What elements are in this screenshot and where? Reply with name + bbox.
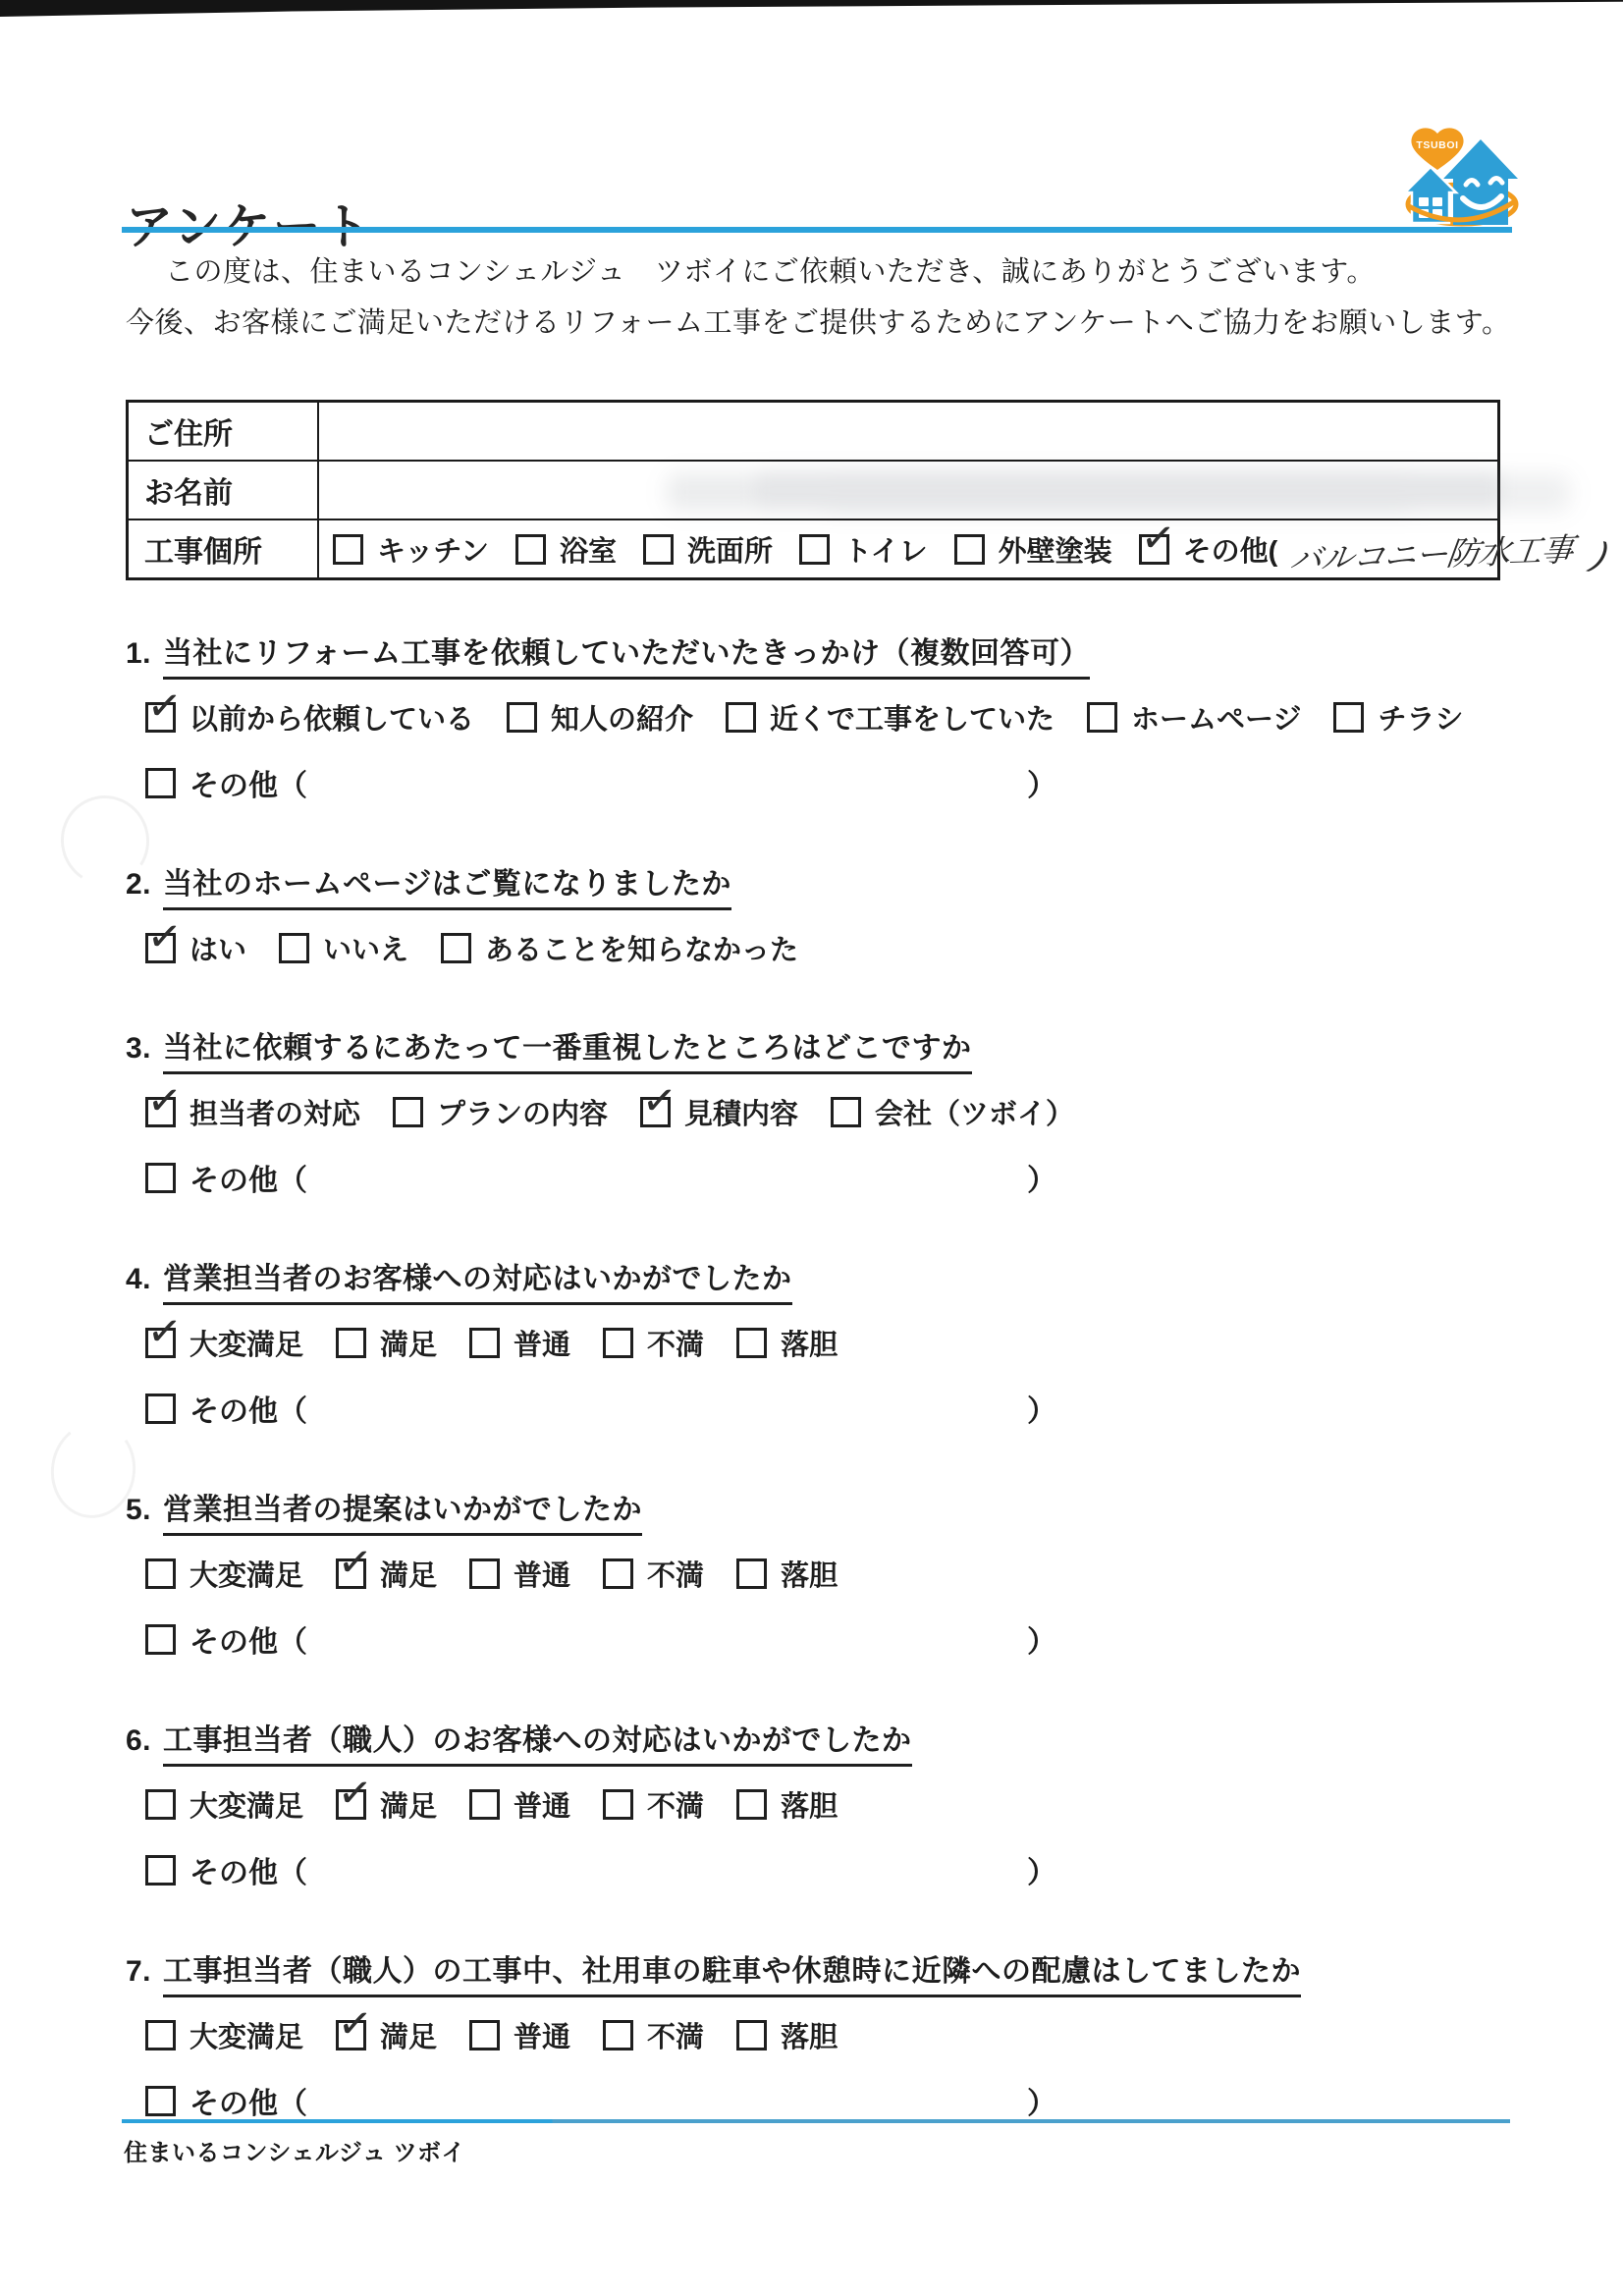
checkbox-checked-icon: ✓ xyxy=(145,933,176,963)
checkbox-option[interactable]: 会社（ツボイ） xyxy=(831,1092,1074,1132)
checkbox-option[interactable]: ✓はい xyxy=(145,928,246,968)
checkbox-option[interactable]: トイレ xyxy=(799,529,928,570)
checkbox-option[interactable]: 普通 xyxy=(469,2015,570,2055)
question-number: 1. xyxy=(126,637,151,670)
checkbox-icon xyxy=(643,534,674,565)
other-close-paren: ） xyxy=(1027,1156,1056,1199)
option-label: 担当者の対応 xyxy=(189,1092,360,1132)
option-label: 落胆 xyxy=(781,1323,838,1363)
checkbox-icon xyxy=(145,1558,176,1589)
option-label: 見積内容 xyxy=(684,1092,798,1132)
question-options: ✓担当者の対応プランの内容✓見積内容会社（ツボイ） xyxy=(126,1092,1530,1132)
question-options: 大変満足✓満足普通不満落胆 xyxy=(126,2015,1530,2055)
checkbox-icon[interactable] xyxy=(145,2086,176,2116)
checkbox-option[interactable]: チラシ xyxy=(1333,697,1463,738)
checkbox-option[interactable]: 不満 xyxy=(603,2015,704,2055)
checkbox-icon xyxy=(1333,702,1364,733)
other-close-paren: ） xyxy=(1027,761,1056,804)
checkbox-checked-icon: ✓ xyxy=(145,1097,176,1127)
checkbox-option[interactable]: 普通 xyxy=(469,1784,570,1825)
checkbox-option[interactable]: いいえ xyxy=(279,928,408,968)
checkbox-option[interactable]: ✓見積内容 xyxy=(640,1092,798,1132)
checkmark-icon: ✓ xyxy=(1138,516,1176,560)
option-label: 知人の紹介 xyxy=(551,697,693,738)
option-label: 外壁塗装 xyxy=(999,529,1112,570)
option-label: 不満 xyxy=(647,2015,704,2055)
question-1: 1.当社にリフォーム工事を依頼していただいたきっかけ（複数回答可） ✓以前から依… xyxy=(126,629,1530,804)
checkbox-icon xyxy=(515,534,546,565)
checkmark-icon: ✓ xyxy=(336,1540,374,1584)
checkmark-icon: ✓ xyxy=(145,683,184,728)
checkbox-option[interactable]: 不満 xyxy=(603,1554,704,1594)
table-row-name: お名前 xyxy=(128,461,1499,519)
question-other-row: その他（ ） xyxy=(126,1387,1530,1430)
question-options: ✓以前から依頼している知人の紹介近くで工事をしていたホームページチラシ xyxy=(126,697,1530,738)
checkbox-icon[interactable] xyxy=(145,768,176,798)
page-title: アンケート xyxy=(126,188,373,258)
question-text: 当社のホームページはご覧になりましたか xyxy=(163,868,731,910)
checkbox-icon[interactable] xyxy=(145,1855,176,1886)
checkbox-option[interactable]: あることを知らなかった xyxy=(441,928,798,968)
other-option-label: その他（ xyxy=(189,761,307,804)
checkbox-icon xyxy=(954,534,985,565)
checkbox-option[interactable]: ✓大変満足 xyxy=(145,1323,303,1363)
question-number: 5. xyxy=(126,1494,151,1526)
checkbox-option[interactable]: 大変満足 xyxy=(145,2015,303,2055)
checkbox-option[interactable]: ✓満足 xyxy=(336,1554,437,1594)
option-label: 大変満足 xyxy=(189,1554,303,1594)
checkbox-option[interactable]: ✓以前から依頼している xyxy=(145,697,474,738)
other-option-label: その他（ xyxy=(189,1848,307,1891)
checkbox-icon xyxy=(279,933,309,963)
checkmark-icon: ✓ xyxy=(145,914,184,958)
checkbox-icon[interactable] xyxy=(145,1163,176,1193)
option-label: 近くで工事をしていた xyxy=(770,697,1055,738)
other-option-label: その他（ xyxy=(189,1617,307,1661)
option-label: 満足 xyxy=(380,1784,437,1825)
checkbox-option[interactable]: ✓その他( xyxy=(1139,529,1278,570)
checkbox-icon xyxy=(799,534,830,565)
question-text: 営業担当者のお客様への対応はいかがでしたか xyxy=(163,1263,792,1305)
logo-text: TSUBOI xyxy=(1416,139,1458,151)
address-label: ご住所 xyxy=(128,402,319,462)
option-label: あることを知らなかった xyxy=(485,928,798,968)
footer-rule xyxy=(122,2119,1510,2123)
checkbox-option[interactable]: 落胆 xyxy=(736,2015,838,2055)
other-option-label: その他（ xyxy=(189,2079,307,2122)
checkbox-icon xyxy=(831,1097,861,1127)
other-close-paren: ） xyxy=(1027,1387,1056,1430)
checkbox-icon xyxy=(736,1789,767,1820)
checkbox-icon[interactable] xyxy=(145,1624,176,1655)
option-label: 大変満足 xyxy=(189,1784,303,1825)
question-5: 5.営業担当者の提案はいかがでしたか 大変満足✓満足普通不満落胆 その他（ ） xyxy=(126,1485,1530,1661)
option-label: その他( xyxy=(1183,529,1278,570)
other-close-paren: ） xyxy=(1027,1617,1056,1661)
option-label: 不満 xyxy=(647,1323,704,1363)
checkbox-option[interactable]: 不満 xyxy=(603,1784,704,1825)
option-label: 大変満足 xyxy=(189,1323,303,1363)
other-option-label: その他（ xyxy=(189,1387,307,1430)
checkbox-option[interactable]: 落胆 xyxy=(736,1554,838,1594)
question-4: 4.営業担当者のお客様への対応はいかがでしたか ✓大変満足満足普通不満落胆 その… xyxy=(126,1254,1530,1430)
option-label: ホームページ xyxy=(1131,697,1301,738)
checkbox-icon xyxy=(603,1789,633,1820)
checkbox-option[interactable]: プランの内容 xyxy=(393,1092,608,1132)
question-number: 4. xyxy=(126,1263,151,1295)
question-text: 当社に依頼するにあたって一番重視したところはどこですか xyxy=(163,1032,972,1074)
option-label: 落胆 xyxy=(781,2015,838,2055)
scan-artifact-top-edge xyxy=(0,0,1623,17)
checkbox-icon xyxy=(469,1558,500,1589)
intro-line-2: 今後、お客様にご満足いただけるリフォーム工事をご提供するためにアンケートへご協力… xyxy=(126,301,1511,341)
checkbox-icon xyxy=(145,2020,176,2050)
intro-line-1: この度は、住まいるコンシェルジュ ツボイにご依頼いただき、誠にありがとうございま… xyxy=(126,249,1376,290)
question-7: 7.工事担当者（職人）の工事中、社用車の駐車や休憩時に近隣への配慮はしてましたか… xyxy=(126,1946,1530,2122)
option-label: 普通 xyxy=(514,1323,570,1363)
checkbox-icon xyxy=(603,2020,633,2050)
question-3: 3.当社に依頼するにあたって一番重視したところはどこですか ✓担当者の対応プラン… xyxy=(126,1023,1530,1199)
option-label: 不満 xyxy=(647,1784,704,1825)
option-label: 以前から依頼している xyxy=(189,697,474,738)
checkmark-icon: ✓ xyxy=(640,1078,678,1122)
checkbox-option[interactable]: ✓満足 xyxy=(336,1784,437,1825)
option-label: 浴室 xyxy=(560,529,617,570)
checkbox-icon xyxy=(336,1328,366,1358)
option-label: 会社（ツボイ） xyxy=(875,1092,1074,1132)
tsuboi-company-logo: TSUBOI xyxy=(1404,124,1524,240)
checkbox-option[interactable]: 洗面所 xyxy=(643,529,773,570)
name-field[interactable] xyxy=(318,461,1499,519)
other-close-paren: ） xyxy=(1027,1848,1056,1891)
checkbox-option[interactable]: 知人の紹介 xyxy=(507,697,693,738)
checkbox-icon xyxy=(469,2020,500,2050)
checkbox-checked-icon: ✓ xyxy=(145,702,176,733)
checkmark-icon: ✓ xyxy=(145,1309,184,1353)
checkbox-option[interactable]: キッチン xyxy=(333,529,489,570)
checkbox-icon xyxy=(736,1328,767,1358)
checkbox-icon xyxy=(393,1097,423,1127)
checkmark-icon: ✓ xyxy=(336,2001,374,2046)
checkbox-icon xyxy=(441,933,471,963)
title-underline-rule xyxy=(122,227,1512,233)
question-options: 大変満足✓満足普通不満落胆 xyxy=(126,1784,1530,1825)
address-field[interactable] xyxy=(318,402,1499,462)
handwritten-work-other-value: バルコニー防水工事 xyxy=(1287,523,1576,579)
option-label: トイレ xyxy=(843,529,928,570)
checkbox-checked-icon: ✓ xyxy=(336,1789,366,1820)
checkbox-icon xyxy=(736,2020,767,2050)
option-label: 満足 xyxy=(380,1554,437,1594)
question-options: ✓大変満足満足普通不満落胆 xyxy=(126,1323,1530,1363)
option-label: 満足 xyxy=(380,2015,437,2055)
scanned-survey-page: TSUBOI アンケート この度は、住まいるコンシェルジュ ツボイにご依頼いただ… xyxy=(0,0,1623,2296)
question-6: 6.工事担当者（職人）のお客様への対応はいかがでしたか 大変満足✓満足普通不満落… xyxy=(126,1716,1530,1891)
handwritten-close-paren: ) xyxy=(1589,534,1613,575)
option-label: 普通 xyxy=(514,2015,570,2055)
checkbox-checked-icon: ✓ xyxy=(145,1328,176,1358)
table-row-address: ご住所 xyxy=(128,402,1499,462)
checkmark-icon: ✓ xyxy=(336,1771,374,1815)
checkbox-option[interactable]: 落胆 xyxy=(736,1784,838,1825)
question-number: 6. xyxy=(126,1724,151,1757)
option-label: プランの内容 xyxy=(437,1092,608,1132)
checkbox-option[interactable]: ✓担当者の対応 xyxy=(145,1092,360,1132)
checkbox-option[interactable]: 落胆 xyxy=(736,1323,838,1363)
option-label: はい xyxy=(189,928,246,968)
checkbox-option[interactable]: 不満 xyxy=(603,1323,704,1363)
checkbox-icon xyxy=(469,1328,500,1358)
checkbox-option[interactable]: 大変満足 xyxy=(145,1554,303,1594)
option-label: 落胆 xyxy=(781,1554,838,1594)
checkbox-option[interactable]: ホームページ xyxy=(1087,697,1301,738)
question-2: 2.当社のホームページはご覧になりましたか ✓はいいいえあることを知らなかった xyxy=(126,859,1530,968)
checkbox-icon xyxy=(603,1328,633,1358)
question-number: 2. xyxy=(126,868,151,901)
redacted-handwriting xyxy=(755,471,1501,509)
checkbox-option[interactable]: 普通 xyxy=(469,1554,570,1594)
checkbox-icon[interactable] xyxy=(145,1394,176,1424)
checkbox-checked-icon: ✓ xyxy=(336,1558,366,1589)
question-other-row: その他（ ） xyxy=(126,761,1530,804)
option-label: 落胆 xyxy=(781,1784,838,1825)
option-label: 大変満足 xyxy=(189,2015,303,2055)
other-close-paren: ） xyxy=(1027,2079,1056,2122)
checkbox-option[interactable]: 浴室 xyxy=(515,529,617,570)
checkbox-checked-icon: ✓ xyxy=(336,2020,366,2050)
option-label: 普通 xyxy=(514,1784,570,1825)
question-options: ✓はいいいえあることを知らなかった xyxy=(126,928,1530,968)
question-number: 3. xyxy=(126,1032,151,1065)
option-label: チラシ xyxy=(1378,697,1463,738)
checkbox-icon xyxy=(507,702,537,733)
question-other-row: その他（ ） xyxy=(126,1617,1530,1661)
checkbox-icon xyxy=(1087,702,1117,733)
checkbox-icon xyxy=(469,1789,500,1820)
option-label: 洗面所 xyxy=(687,529,773,570)
checkbox-option[interactable]: 満足 xyxy=(336,1323,437,1363)
other-option-label: その他（ xyxy=(189,1156,307,1199)
checkmark-icon: ✓ xyxy=(145,1078,184,1122)
checkbox-option[interactable]: ✓満足 xyxy=(336,2015,437,2055)
name-label: お名前 xyxy=(128,461,319,519)
customer-info-table: ご住所 お名前 工事個所 キッチン浴室洗面所トイレ外壁塗装✓その他( バルコニー… xyxy=(126,400,1500,580)
checkbox-checked-icon: ✓ xyxy=(640,1097,671,1127)
question-text: 工事担当者（職人）のお客様への対応はいかがでしたか xyxy=(163,1724,912,1767)
checkbox-option[interactable]: 近くで工事をしていた xyxy=(726,697,1055,738)
question-other-row: その他（ ） xyxy=(126,1848,1530,1891)
question-text: 工事担当者（職人）の工事中、社用車の駐車や休憩時に近隣への配慮はしてましたか xyxy=(163,1955,1301,1997)
checkbox-icon xyxy=(603,1558,633,1589)
checkbox-icon xyxy=(736,1558,767,1589)
table-row-work-location: 工事個所 キッチン浴室洗面所トイレ外壁塗装✓その他( バルコニー防水工事 ) xyxy=(128,519,1499,579)
option-label: 満足 xyxy=(380,1323,437,1363)
option-label: いいえ xyxy=(323,928,408,968)
checkbox-option[interactable]: 大変満足 xyxy=(145,1784,303,1825)
question-other-row: その他（ ） xyxy=(126,1156,1530,1199)
option-label: 普通 xyxy=(514,1554,570,1594)
questions-section: 1.当社にリフォーム工事を依頼していただいたきっかけ（複数回答可） ✓以前から依… xyxy=(126,629,1530,2177)
question-options: 大変満足✓満足普通不満落胆 xyxy=(126,1554,1530,1594)
option-label: キッチン xyxy=(377,529,489,570)
question-other-row: その他（ ） xyxy=(126,2079,1530,2122)
question-text: 当社にリフォーム工事を依頼していただいたきっかけ（複数回答可） xyxy=(163,637,1090,680)
checkbox-option[interactable]: 外壁塗装 xyxy=(954,529,1112,570)
checkbox-icon xyxy=(145,1789,176,1820)
question-text: 営業担当者の提案はいかがでしたか xyxy=(163,1494,642,1536)
option-label: 不満 xyxy=(647,1554,704,1594)
checkbox-option[interactable]: 普通 xyxy=(469,1323,570,1363)
checkbox-icon xyxy=(333,534,363,565)
work-location-field: キッチン浴室洗面所トイレ外壁塗装✓その他( バルコニー防水工事 ) xyxy=(318,519,1499,579)
checkbox-icon xyxy=(726,702,756,733)
question-number: 7. xyxy=(126,1955,151,1988)
work-location-label: 工事個所 xyxy=(128,519,319,579)
footer-company-name: 住まいるコンシェルジュ ツボイ xyxy=(124,2133,465,2167)
checkbox-checked-icon: ✓ xyxy=(1139,534,1169,565)
